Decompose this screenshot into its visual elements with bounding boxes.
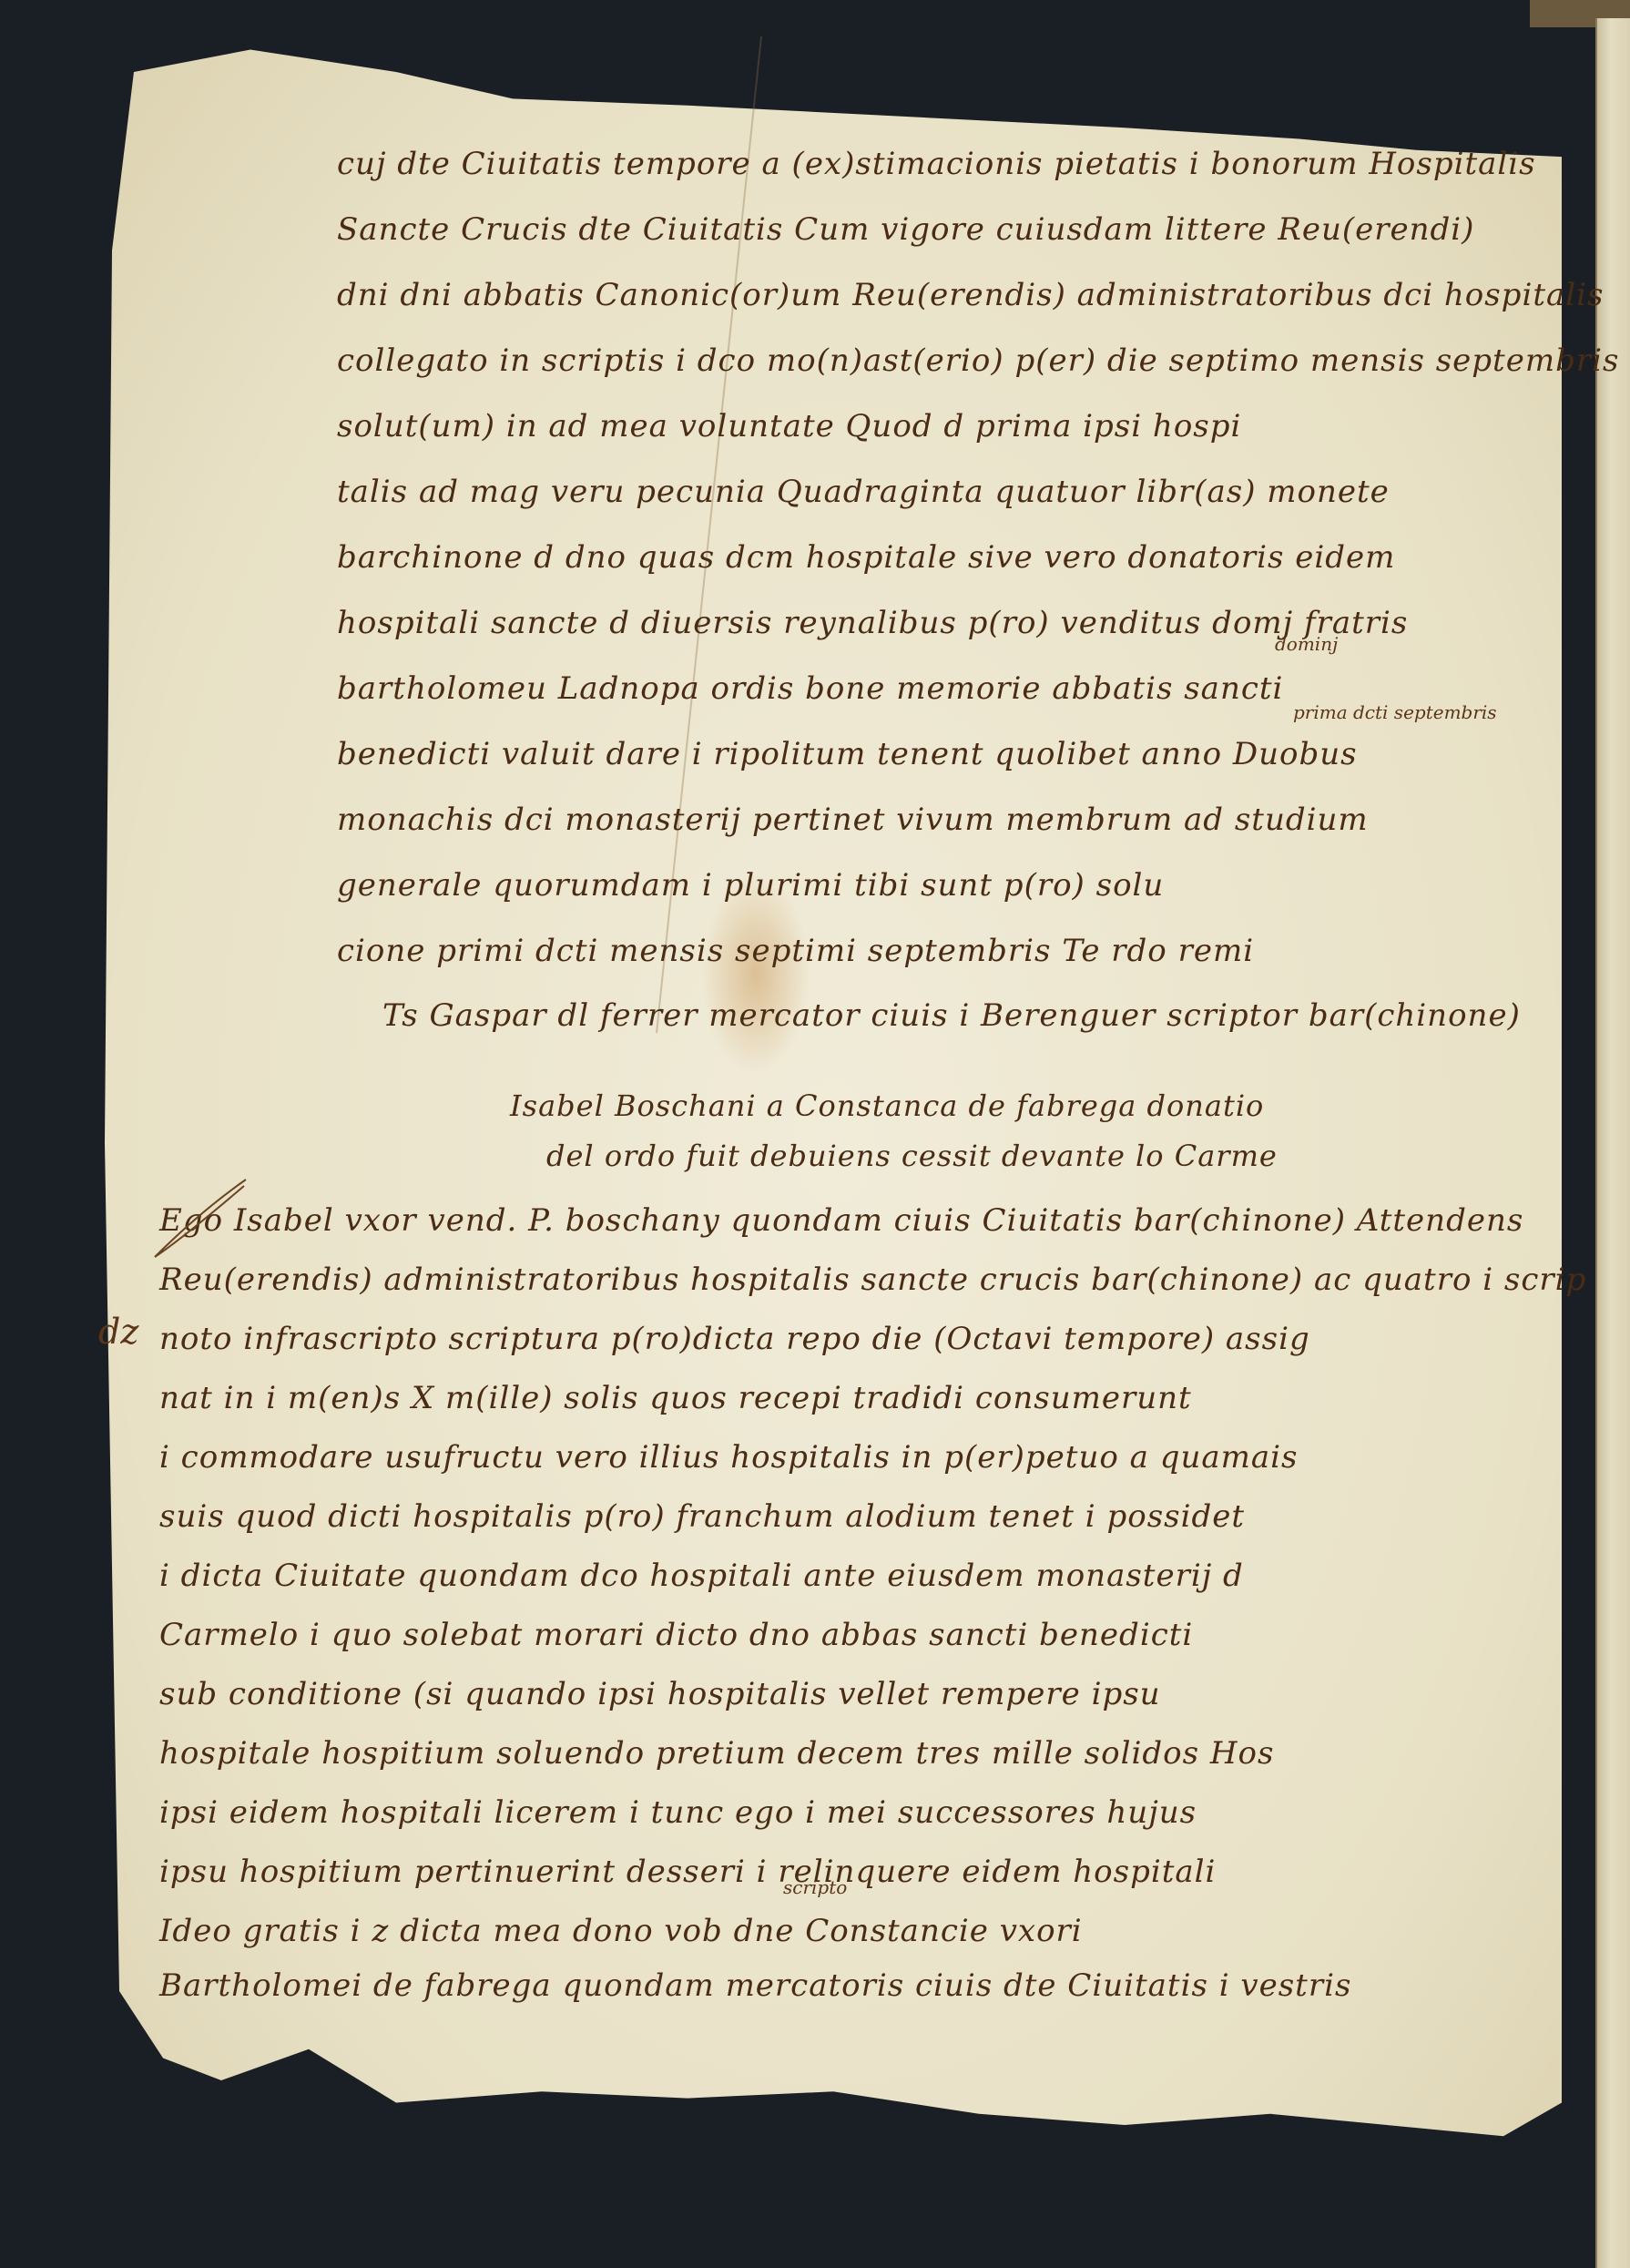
heading-line-2: del ordo fuit debuiens cessit devante lo… [546,1139,1278,1173]
line: i dicta Ciuitate quondam dco hospitali a… [159,1558,1244,1594]
line: collegato in scriptis i dco mo(n)ast(eri… [337,342,1619,379]
line: Sancte Crucis dte Ciuitatis Cum vigore c… [337,211,1474,248]
line: cuj dte Ciuitatis tempore a (ex)stimacio… [337,146,1536,182]
interlinear-note: dominj [1275,633,1338,655]
line: ipsi eidem hospitali licerem i tunc ego … [159,1794,1197,1831]
line: sub conditione (si quando ipsi hospitali… [159,1676,1161,1712]
line: solut(um) in ad mea voluntate Quod d pri… [337,408,1241,444]
line: nat in i m(en)s X m(ille) solis quos rec… [159,1380,1192,1416]
line: monachis dci monasterij pertinet vivum m… [337,802,1369,838]
line: dni dni abbatis Canonic(or)um Reu(erendi… [337,277,1604,313]
line: Bartholomei de fabrega quondam mercatori… [159,1967,1351,2004]
witness-line: Ts Gaspar dl ferrer mercator ciuis i Ber… [382,997,1521,1034]
margin-mark: dz [98,1312,138,1352]
line: ipsu hospitium pertinuerint desseri i re… [159,1854,1216,1890]
line: Ego Isabel vxor vend. P. boschany quonda… [159,1202,1523,1239]
interlinear-note: scripto [783,1876,847,1898]
line: generale quorumdam i plurimi tibi sunt p… [337,867,1164,904]
line: noto infrascripto scriptura p(ro)dicta r… [159,1321,1310,1357]
margin-flourish-icon [146,1175,255,1275]
line: hospitali sancte d diuersis reynalibus p… [337,605,1408,641]
line: hospitale hospitium soluendo pretium dec… [159,1735,1274,1772]
water-stain [701,874,810,1075]
line: i commodare usufructu vero illius hospit… [159,1439,1298,1476]
line: barchinone d dno quas dcm hospitale sive… [337,539,1395,576]
line: Reu(erendis) administratoribus hospitali… [159,1262,1586,1298]
line: cione primi dcti mensis septimi septembr… [337,933,1254,969]
interlinear-note: prima dcti septembris [1293,701,1497,723]
line: talis ad mag veru pecunia Quadraginta qu… [337,474,1390,510]
heading-line-1: Isabel Boschani a Constanca de fabrega d… [510,1088,1264,1123]
line: Carmelo i quo solebat morari dicto dno a… [159,1617,1193,1653]
line: Ideo gratis i z dicta mea dono vob dne C… [159,1913,1083,1949]
line: benedicti valuit dare i ripolitum tenent… [337,736,1358,772]
line: suis quod dicti hospitalis p(ro) franchu… [159,1498,1245,1535]
line: bartholomeu Ladnopa ordis bone memorie a… [337,670,1283,707]
